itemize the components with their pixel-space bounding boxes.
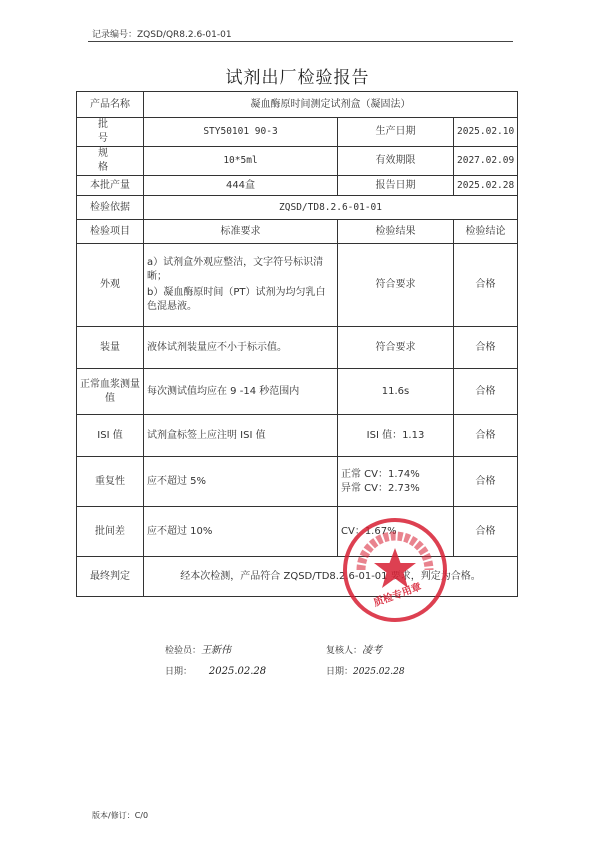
final-verdict-text: 经本次检测，产品符合 ZQSD/TD8.2.6-01-01 要求，判定为合格。 — [144, 557, 518, 597]
final-verdict-row: 最终判定 经本次检测，产品符合 ZQSD/TD8.2.6-01-01 要求，判定… — [77, 557, 518, 597]
spec-row: 规 格 10*5ml 有效期限 2027.02.09 — [77, 147, 518, 176]
spec-value: 10*5ml — [144, 147, 338, 176]
item-cell: 正常血浆测量值 — [77, 369, 144, 415]
reviewer-date-label: 日期： — [326, 667, 353, 677]
column-header-row: 检验项目 标准要求 检验结果 检验结论 — [77, 220, 518, 244]
item-cell: 外观 — [77, 244, 144, 327]
basis-label: 检验依据 — [77, 196, 144, 220]
reviewer-handwriting: 凌考 — [362, 645, 382, 656]
header-divider — [88, 41, 513, 42]
inspector-label: 检验员： — [165, 646, 201, 656]
reviewer-label: 复核人： — [326, 646, 362, 656]
table-row: 装量 液体试剂装量应不小于标示值。 符合要求 合格 — [77, 327, 518, 369]
production-date-label: 生产日期 — [338, 118, 454, 147]
record-number: 记录编号：ZQSD/QR8.2.6-01-01 — [92, 27, 232, 40]
final-verdict-label: 最终判定 — [77, 557, 144, 597]
table-row: 正常血浆测量值 每次测试值均应在 9 -14 秒范围内 11.6s 合格 — [77, 369, 518, 415]
inspector-date: 日期： 2025.02.28 — [165, 664, 266, 677]
conclusion-cell: 合格 — [454, 457, 518, 507]
conclusion-cell: 合格 — [454, 369, 518, 415]
version-label: 版本/修订： — [92, 811, 135, 820]
result-line-normal: 正常 CV：1.74% — [341, 468, 450, 482]
result-cell: 正常 CV：1.74% 异常 CV：2.73% — [338, 457, 454, 507]
report-date-label: 报告日期 — [338, 176, 454, 196]
standard-cell: 液体试剂装量应不小于标示值。 — [144, 327, 338, 369]
product-name-value: 凝血酶原时间测定试剂盒（凝固法） — [144, 92, 518, 118]
conclusion-cell: 合格 — [454, 415, 518, 457]
column-header-standard: 标准要求 — [144, 220, 338, 244]
batch-label: 批 号 — [77, 118, 144, 147]
item-cell: 重复性 — [77, 457, 144, 507]
basis-row: 检验依据 ZQSD/TD8.2.6-01-01 — [77, 196, 518, 220]
reviewer-signature: 复核人：凌考 — [326, 641, 382, 656]
batch-row: 批 号 STY50101 90-3 生产日期 2025.02.10 — [77, 118, 518, 147]
inspector-date-value: 2025.02.28 — [209, 666, 266, 677]
conclusion-cell: 合格 — [454, 507, 518, 557]
quantity-label: 本批产量 — [77, 176, 144, 196]
table-row: ISI 值 试剂盒标签上应注明 ISI 值 ISI 值：1.13 合格 — [77, 415, 518, 457]
version-footer: 版本/修订：C/0 — [92, 810, 148, 821]
record-number-label: 记录编号： — [92, 30, 137, 40]
result-cell: 符合要求 — [338, 244, 454, 327]
production-date-value: 2025.02.10 — [454, 118, 518, 147]
inspector-signature: 检验员：王新伟 — [165, 641, 231, 656]
column-header-item: 检验项目 — [77, 220, 144, 244]
result-cell: CV：1.67% — [338, 507, 454, 557]
product-name-row: 产品名称 凝血酶原时间测定试剂盒（凝固法） — [77, 92, 518, 118]
reviewer-date: 日期：2025.02.28 — [326, 664, 405, 677]
result-line-abnormal: 异常 CV：2.73% — [341, 482, 450, 496]
standard-cell: a）试剂盒外观应整洁，文字符号标识清晰； b）凝血酶原时间（PT）试剂为均匀乳白… — [144, 244, 338, 327]
item-cell: ISI 值 — [77, 415, 144, 457]
item-cell: 批间差 — [77, 507, 144, 557]
inspector-date-label: 日期： — [165, 667, 192, 677]
conclusion-cell: 合格 — [454, 327, 518, 369]
result-cell: 11.6s — [338, 369, 454, 415]
expiry-value: 2027.02.09 — [454, 147, 518, 176]
column-header-result: 检验结果 — [338, 220, 454, 244]
item-cell: 装量 — [77, 327, 144, 369]
report-date-value: 2025.02.28 — [454, 176, 518, 196]
standard-cell: 应不超过 10% — [144, 507, 338, 557]
standard-cell: 试剂盒标签上应注明 ISI 值 — [144, 415, 338, 457]
inspector-handwriting: 王新伟 — [201, 645, 231, 656]
table-row: 外观 a）试剂盒外观应整洁，文字符号标识清晰； b）凝血酶原时间（PT）试剂为均… — [77, 244, 518, 327]
conclusion-cell: 合格 — [454, 244, 518, 327]
expiry-label: 有效期限 — [338, 147, 454, 176]
standard-line-a: a）试剂盒外观应整洁，文字符号标识清晰； — [147, 256, 334, 284]
product-name-label: 产品名称 — [77, 92, 144, 118]
column-header-conclusion: 检验结论 — [454, 220, 518, 244]
spec-label: 规 格 — [77, 147, 144, 176]
record-number-value: ZQSD/QR8.2.6-01-01 — [137, 30, 232, 40]
quantity-row: 本批产量 444盒 报告日期 2025.02.28 — [77, 176, 518, 196]
table-row: 重复性 应不超过 5% 正常 CV：1.74% 异常 CV：2.73% 合格 — [77, 457, 518, 507]
result-cell: 符合要求 — [338, 327, 454, 369]
inspection-report-table: 产品名称 凝血酶原时间测定试剂盒（凝固法） 批 号 STY50101 90-3 … — [76, 91, 518, 597]
standard-cell: 应不超过 5% — [144, 457, 338, 507]
reviewer-date-value: 2025.02.28 — [353, 667, 405, 677]
report-title: 试剂出厂检验报告 — [0, 63, 595, 88]
quantity-value: 444盒 — [144, 176, 338, 196]
version-value: C/0 — [135, 811, 148, 820]
standard-cell: 每次测试值均应在 9 -14 秒范围内 — [144, 369, 338, 415]
table-row: 批间差 应不超过 10% CV：1.67% 合格 — [77, 507, 518, 557]
standard-line-b: b）凝血酶原时间（PT）试剂为均匀乳白色混悬液。 — [147, 286, 334, 314]
result-cell: ISI 值：1.13 — [338, 415, 454, 457]
basis-value: ZQSD/TD8.2.6-01-01 — [144, 196, 518, 220]
batch-value: STY50101 90-3 — [144, 118, 338, 147]
